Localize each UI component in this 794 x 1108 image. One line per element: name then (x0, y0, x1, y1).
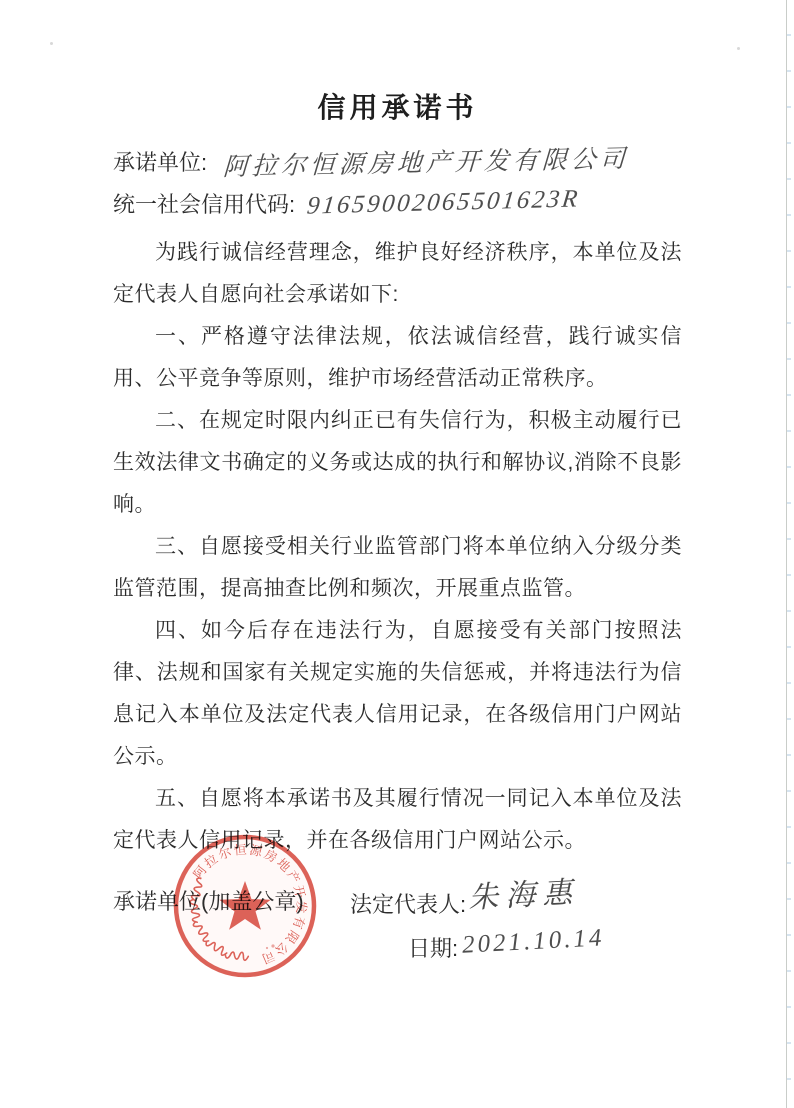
date-value-handwritten: 2021.10.14 (461, 924, 605, 959)
scan-edge-artifact (786, 0, 791, 1108)
paragraph-2: 二、在规定时限内纠正已有失信行为，积极主动履行已生效法律文书确定的义务或达成的执… (113, 400, 682, 526)
legal-rep-signature-handwritten: 朱海惠 (467, 867, 580, 917)
credit-code-label: 统一社会信用代码: (113, 188, 295, 219)
header-fields: 承诺单位: 阿拉尔恒源房地产开发有限公司 统一社会信用代码: 916590020… (113, 140, 682, 224)
company-seal: 阿拉尔恒源房地产开发有限公司 (155, 816, 335, 996)
commitment-paragraphs: 为践行诚信经营理念，维护良好经济秩序，本单位及法定代表人自愿向社会承诺如下: 一… (113, 232, 682, 862)
scanned-document-page: 信用承诺书 承诺单位: 阿拉尔恒源房地产开发有限公司 统一社会信用代码: 916… (0, 0, 794, 1108)
paragraph-intro: 为践行诚信经营理念，维护良好经济秩序，本单位及法定代表人自愿向社会承诺如下: (113, 232, 682, 316)
credit-code-value-handwritten: 91659002065501623R (306, 185, 582, 220)
date-label: 日期: (408, 932, 458, 963)
unit-field-row: 承诺单位: 阿拉尔恒源房地产开发有限公司 (113, 140, 682, 182)
legal-rep-label: 法定代表人: (350, 888, 466, 919)
document-title: 信用承诺书 (113, 86, 682, 126)
paragraph-1: 一、严格遵守法律法规，依法诚信经营，践行诚实信用、公平竞争等原则，维护市场经营活… (113, 316, 682, 400)
unit-value-handwritten: 阿拉尔恒源房地产开发有限公司 (222, 139, 630, 184)
credit-code-field-row: 统一社会信用代码: 91659002065501623R (113, 182, 682, 224)
document-body: 信用承诺书 承诺单位: 阿拉尔恒源房地产开发有限公司 统一社会信用代码: 916… (0, 86, 794, 862)
scan-speck (50, 42, 53, 45)
paragraph-4: 四、如今后存在违法行为，自愿接受有关部门按照法律、法规和国家有关规定实施的失信惩… (113, 610, 682, 778)
paragraph-3: 三、自愿接受相关行业监管部门将本单位纳入分级分类监管范围，提高抽查比例和频次，开… (113, 526, 682, 610)
unit-label: 承诺单位: (113, 146, 207, 177)
scan-speck (737, 47, 740, 50)
